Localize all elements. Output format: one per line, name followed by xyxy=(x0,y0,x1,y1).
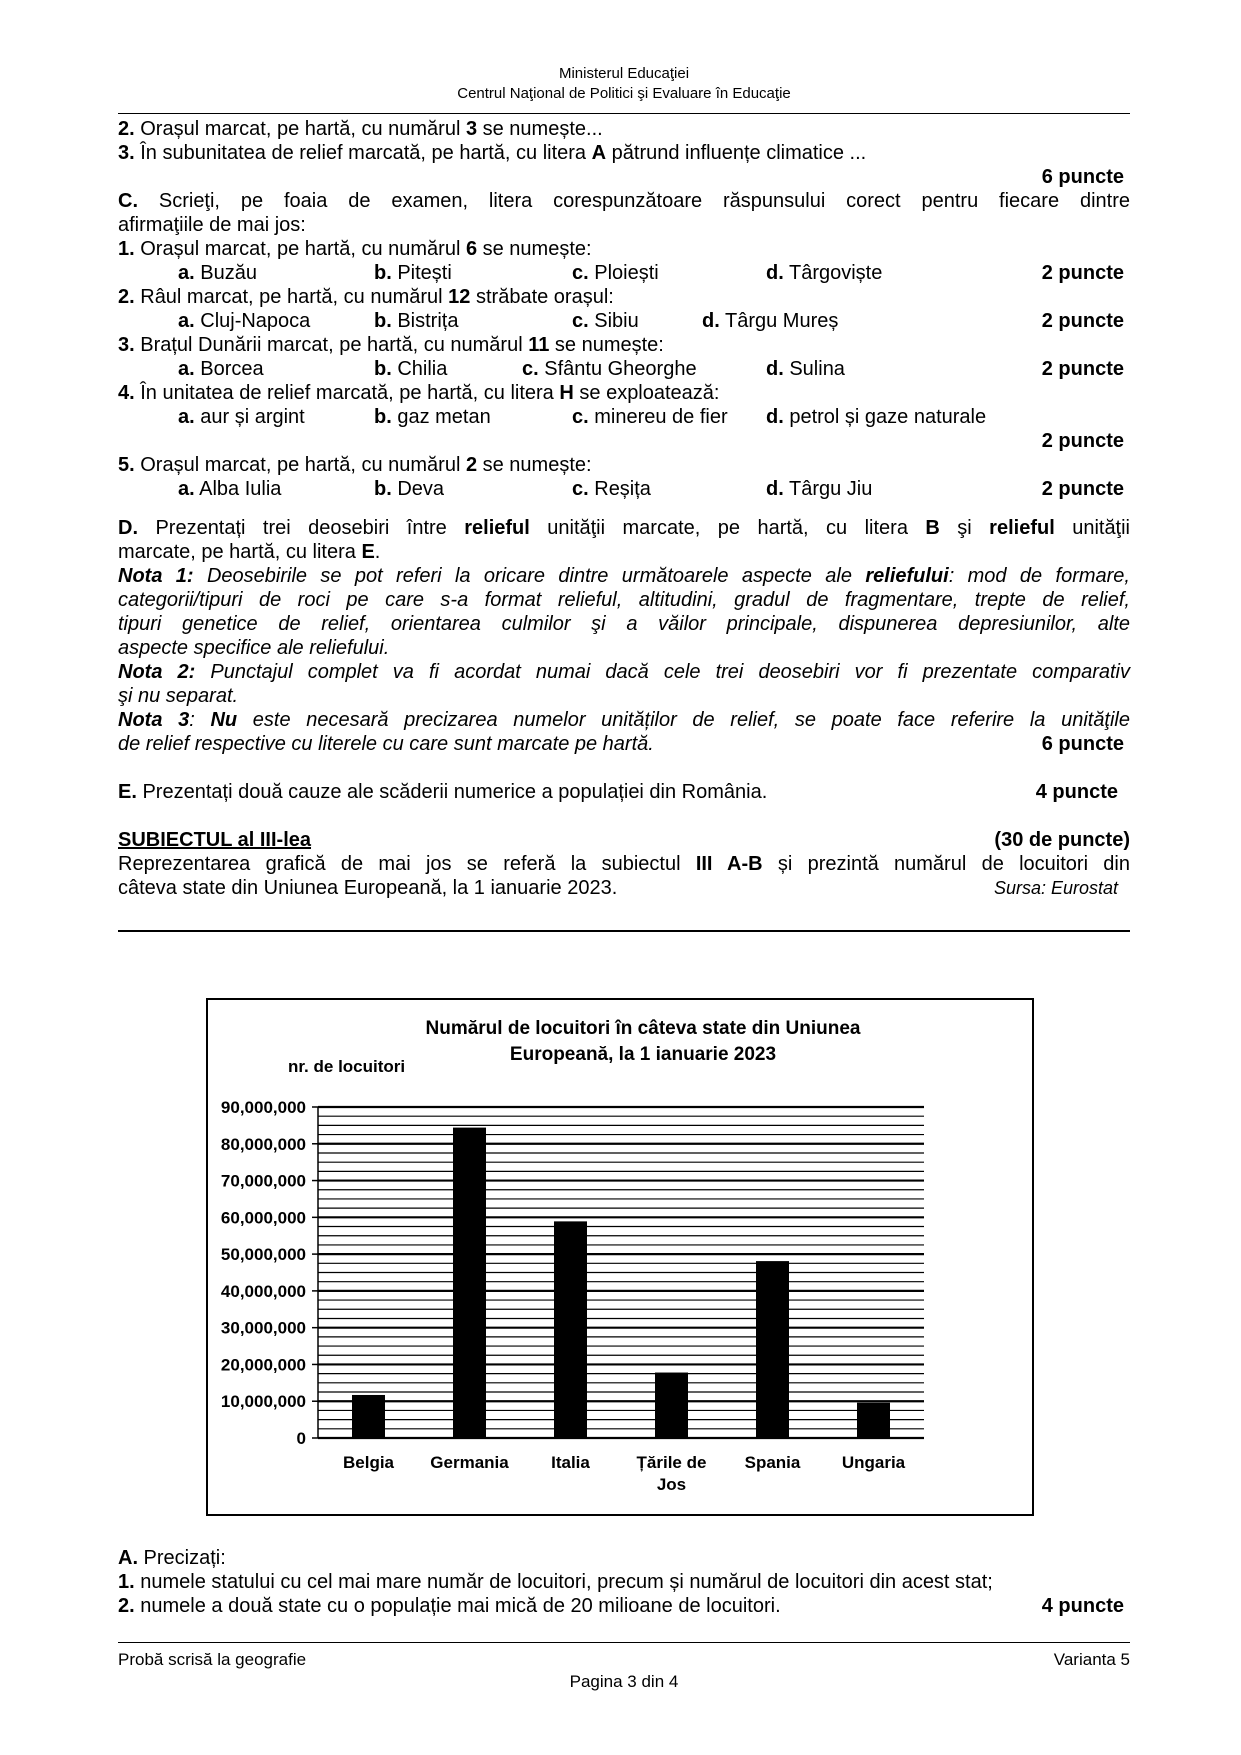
chart-title: Numărul de locuitori în câteva state din… xyxy=(426,1018,861,1039)
x-category-label: Țările de xyxy=(637,1453,707,1472)
option-c: c. minereu de fier xyxy=(572,405,728,429)
points-c4: 2 puncte xyxy=(1042,429,1124,453)
y-axis-label: nr. de locuitori xyxy=(288,1057,405,1076)
subject-3-rule xyxy=(118,930,1130,932)
subject-3a-q2: 2. numele a două state cu o populație ma… xyxy=(118,1594,1130,1618)
option-d: d. Târgu Mureș xyxy=(702,309,838,333)
bar-4 xyxy=(756,1261,789,1438)
option-b: b. Pitești xyxy=(374,261,452,285)
y-tick-label: 30,000,000 xyxy=(221,1319,306,1338)
source-label: Sursa: Eurostat xyxy=(994,876,1118,900)
option-b: b. Deva xyxy=(374,477,444,501)
x-category-label: Jos xyxy=(657,1475,686,1494)
x-category-label: Germania xyxy=(430,1453,509,1472)
subject-3a-q1: 1. numele statului cu cel mai mare număr… xyxy=(118,1570,1130,1594)
question-c4: 4. În unitatea de relief marcată, pe har… xyxy=(118,381,1130,405)
nota-1: Nota 1: Deosebirile se pot referi la ori… xyxy=(118,564,1130,588)
option-c: c. Sfântu Gheorghe xyxy=(522,357,697,381)
y-tick-label: 80,000,000 xyxy=(221,1135,306,1154)
x-category-label: Spania xyxy=(745,1453,801,1472)
subject-3-points: (30 de puncte) xyxy=(994,828,1130,852)
y-tick-label: 40,000,000 xyxy=(221,1282,306,1301)
option-b: b. Chilia xyxy=(374,357,447,381)
nota-3: Nota 3: Nu este necesară precizarea nume… xyxy=(118,708,1130,732)
points-e: 4 puncte xyxy=(1036,780,1118,804)
question-c2: 2. Râul marcat, pe hartă, cu numărul 12 … xyxy=(118,285,1130,309)
option-c: c. Ploiești xyxy=(572,261,659,285)
footer-left: Probă scrisă la geografie xyxy=(118,1650,306,1670)
chart-title: Europeană, la 1 ianuarie 2023 xyxy=(510,1044,776,1065)
x-category-label: Belgia xyxy=(343,1453,395,1472)
option-a: a. aur și argint xyxy=(178,405,305,429)
question-b3: 3. În subunitatea de relief marcată, pe … xyxy=(118,141,1130,165)
subject-3-intro: Reprezentarea grafică de mai jos se refe… xyxy=(118,852,1130,876)
bar-3 xyxy=(655,1373,688,1438)
option-d: d. Sulina xyxy=(766,357,845,381)
question-b2: 2. Orașul marcat, pe hartă, cu numărul 3… xyxy=(118,117,1130,141)
question-c3: 3. Brațul Dunării marcat, pe hartă, cu n… xyxy=(118,333,1130,357)
nota-2: Nota 2: Punctajul complet va fi acordat … xyxy=(118,660,1130,684)
points-c3: 2 puncte xyxy=(1042,357,1124,381)
nota-1-l3: tipuri genetice de relief, orientarea cu… xyxy=(118,612,1130,636)
population-chart: Numărul de locuitori în câteva state din… xyxy=(206,998,1034,1516)
header-center: Centrul Naţional de Politici şi Evaluare… xyxy=(118,84,1130,104)
points-c5: 2 puncte xyxy=(1042,477,1124,501)
bar-5 xyxy=(857,1403,890,1438)
option-a: a. Alba Iulia xyxy=(178,477,281,501)
option-d: d. Târgu Jiu xyxy=(766,477,872,501)
bar-2 xyxy=(554,1221,587,1438)
y-tick-label: 90,000,000 xyxy=(221,1098,306,1117)
option-d: d. petrol și gaze naturale xyxy=(766,405,986,429)
section-c-instruction-2: afirmaţiile de mai jos: xyxy=(118,213,1130,237)
bar-1 xyxy=(453,1128,486,1438)
subject-3a-label: A. Precizați: xyxy=(118,1546,1130,1570)
question-c1: 1. Orașul marcat, pe hartă, cu numărul 6… xyxy=(118,237,1130,261)
section-d-text-2: marcate, pe hartă, cu litera E. xyxy=(118,540,1130,564)
nota-2-l2: şi nu separat. xyxy=(118,684,1130,708)
nota-1-l2: categorii/tipuri de roci pe care s-a for… xyxy=(118,588,1130,612)
option-c: c. Sibiu xyxy=(572,309,639,333)
bar-chart-svg: Numărul de locuitori în câteva state din… xyxy=(208,1000,1032,1514)
option-d: d. Târgoviște xyxy=(766,261,882,285)
subject-3-title: SUBIECTUL al III-lea (30 de puncte) xyxy=(118,828,1130,852)
nota-1-l4: aspecte specifice ale reliefului. xyxy=(118,636,1130,660)
footer-rule xyxy=(118,1642,1130,1643)
points-d: 6 puncte xyxy=(1042,732,1124,756)
nota-3-l2: de relief respective cu literele cu care… xyxy=(118,732,1130,756)
y-tick-label: 20,000,000 xyxy=(221,1355,306,1374)
option-a: a. Borcea xyxy=(178,357,264,381)
y-tick-label: 10,000,000 xyxy=(221,1392,306,1411)
header-ministry: Ministerul Educaţiei xyxy=(118,64,1130,84)
points-c2: 2 puncte xyxy=(1042,309,1124,333)
footer-right: Varianta 5 xyxy=(1054,1650,1130,1670)
x-category-label: Italia xyxy=(551,1453,590,1472)
option-b: b. gaz metan xyxy=(374,405,491,429)
points-c1: 2 puncte xyxy=(1042,261,1124,285)
section-c-instruction: C. Scrieţi, pe foaia de examen, litera c… xyxy=(118,189,1130,213)
x-category-label: Ungaria xyxy=(842,1453,906,1472)
y-tick-label: 50,000,000 xyxy=(221,1245,306,1264)
footer-page: Pagina 3 din 4 xyxy=(118,1672,1130,1692)
question-c5: 5. Orașul marcat, pe hartă, cu numărul 2… xyxy=(118,453,1130,477)
option-a: a. Cluj-Napoca xyxy=(178,309,310,333)
subject-3-intro-2: câteva state din Uniunea Europeană, la 1… xyxy=(118,876,1130,900)
y-tick-label: 70,000,000 xyxy=(221,1172,306,1191)
option-a: a. Buzău xyxy=(178,261,257,285)
y-tick-label: 0 xyxy=(297,1429,306,1448)
option-b: b. Bistrița xyxy=(374,309,458,333)
section-d-text: D. Prezentați trei deosebiri între relie… xyxy=(118,516,1130,540)
section-e: E. Prezentați două cauze ale scăderii nu… xyxy=(118,780,1130,804)
points-3a: 4 puncte xyxy=(1042,1594,1124,1618)
bar-0 xyxy=(352,1395,385,1438)
option-c: c. Reșița xyxy=(572,477,651,501)
header-rule xyxy=(118,113,1130,114)
y-tick-label: 60,000,000 xyxy=(221,1208,306,1227)
